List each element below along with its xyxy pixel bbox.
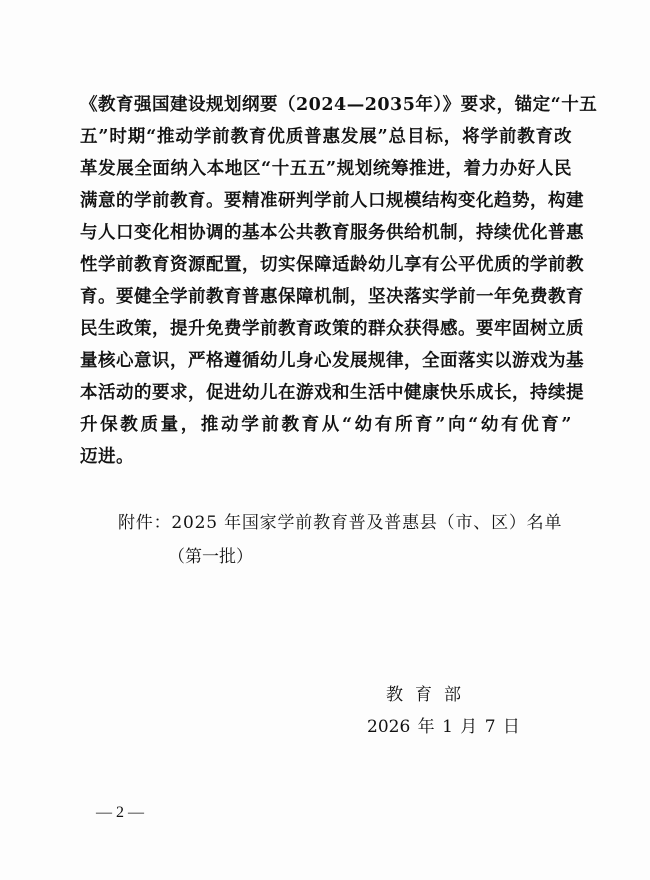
body-line-12: 迈进。 — [80, 441, 572, 473]
issue-date: 2026 年 1 月 7 日 — [367, 711, 520, 743]
body-paragraph: 《教育强国建设规划纲要（2024—2035年）》要求，锚定“十五 五”时期“推动… — [80, 89, 572, 473]
body-line-10: 本活动的要求，促进幼儿在游戏和生活中健康快乐成长，持续提 — [80, 377, 572, 409]
body-line-7: 育。要健全学前教育普惠保障机制，坚决落实学前一年免费教育 — [80, 281, 572, 313]
page-number: — 2 — — [96, 798, 144, 828]
body-line-4: 满意的学前教育。要精准研判学前人口规模结构变化趋势，构建 — [80, 185, 572, 217]
attachment-title: 附件：2025 年国家学前教育普及普惠县（市、区）名单 — [118, 507, 562, 539]
issuer-signature: 教育部 — [386, 679, 473, 711]
body-line-8: 民生政策，提升免费学前教育政策的群众获得感。要牢固树立质 — [80, 313, 572, 345]
document-page: 《教育强国建设规划纲要（2024—2035年）》要求，锚定“十五 五”时期“推动… — [0, 0, 650, 880]
body-line-11: 升保教质量，推动学前教育从“幼有所育”向“幼有优育” — [80, 409, 572, 441]
body-line-9: 量核心意识，严格遵循幼儿身心发展规律，全面落实以游戏为基 — [80, 345, 572, 377]
body-line-6: 性学前教育资源配置，切实保障适龄幼儿享有公平优质的学前教 — [80, 249, 572, 281]
body-line-3: 革发展全面纳入本地区“十五五”规划统筹推进，着力办好人民 — [80, 153, 572, 185]
body-line-2: 五”时期“推动学前教育优质普惠发展”总目标，将学前教育改 — [80, 121, 572, 153]
body-line-5: 与人口变化相协调的基本公共教育服务供给机制，持续优化普惠 — [80, 217, 572, 249]
body-line-1: 《教育强国建设规划纲要（2024—2035年）》要求，锚定“十五 — [80, 89, 572, 121]
attachment-title-continuation: （第一批） — [168, 541, 253, 573]
